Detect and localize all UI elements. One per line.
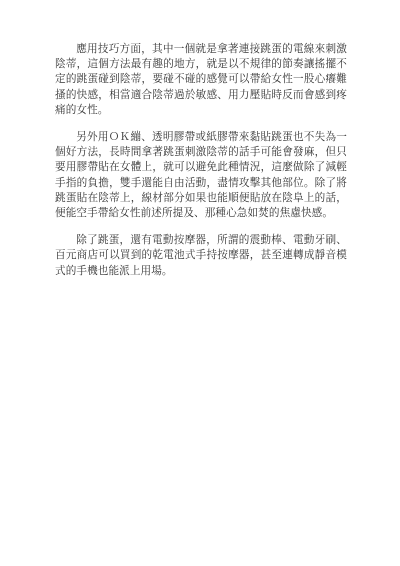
paragraph-1: 應用技巧方面，其中一個就是拿著連接跳蛋的電線來刺激陰蒂，這個方法最有趣的地方，就… [55, 42, 347, 118]
document-body: 應用技巧方面，其中一個就是拿著連接跳蛋的電線來刺激陰蒂，這個方法最有趣的地方，就… [55, 42, 347, 291]
paragraph-3: 除了跳蛋，還有電動按摩器，所謂的震動棒、電動牙刷、百元商店可以買到的乾電池式手持… [55, 233, 347, 279]
paragraph-2: 另外用ＯＫ繃、透明膠帶或紙膠帶來黏貼跳蛋也不失為一個好方法，長時間拿著跳蛋刺激陰… [55, 130, 347, 221]
document-page: 應用技巧方面，其中一個就是拿著連接跳蛋的電線來刺激陰蒂，這個方法最有趣的地方，就… [0, 0, 400, 566]
